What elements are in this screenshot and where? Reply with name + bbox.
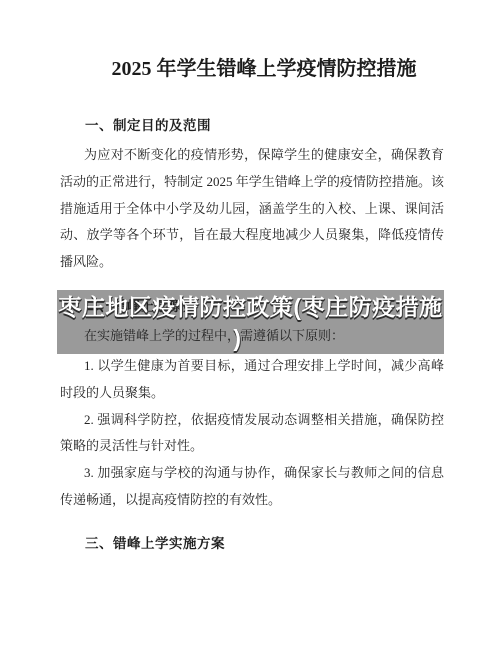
watermark-title: 枣庄地区疫情防控政策(枣庄防疫措施 ) — [57, 292, 444, 354]
principles-list-item-3: 3. 加强家庭与学校的沟通与协作，确保家长与教师之间的信息传递畅通，以提高疫情防… — [60, 460, 444, 514]
principles-list-item-2: 2. 强调科学防控，依据疫情发展动态调整相关措施，确保防控策略的灵活性与针对性。 — [60, 407, 444, 461]
section-3-heading: 三、错峰上学实施方案 — [85, 535, 225, 552]
document-title: 2025 年学生错峰上学疫情防控措施 — [84, 56, 444, 83]
watermark-title-line2: ) — [44, 323, 431, 354]
watermark-title-line1: 枣庄地区疫情防控政策(枣庄防疫措施 — [57, 292, 444, 323]
section-1-heading: 一、制定目的及范围 — [85, 117, 211, 134]
principles-list-item-1: 1. 以学生健康为首要目标，通过合理安排上学时间，减少高峰时段的人员聚集。 — [60, 353, 444, 407]
section-1-paragraph: 为应对不断变化的疫情形势，保障学生的健康安全，确保教育活动的正常进行，特制定 2… — [60, 142, 444, 276]
document-page: { "document": { "title": "2025 年学生错峰上学疫情… — [0, 0, 500, 647]
principles-list: 1. 以学生健康为首要目标，通过合理安排上学时间，减少高峰时段的人员聚集。 2.… — [60, 353, 444, 514]
